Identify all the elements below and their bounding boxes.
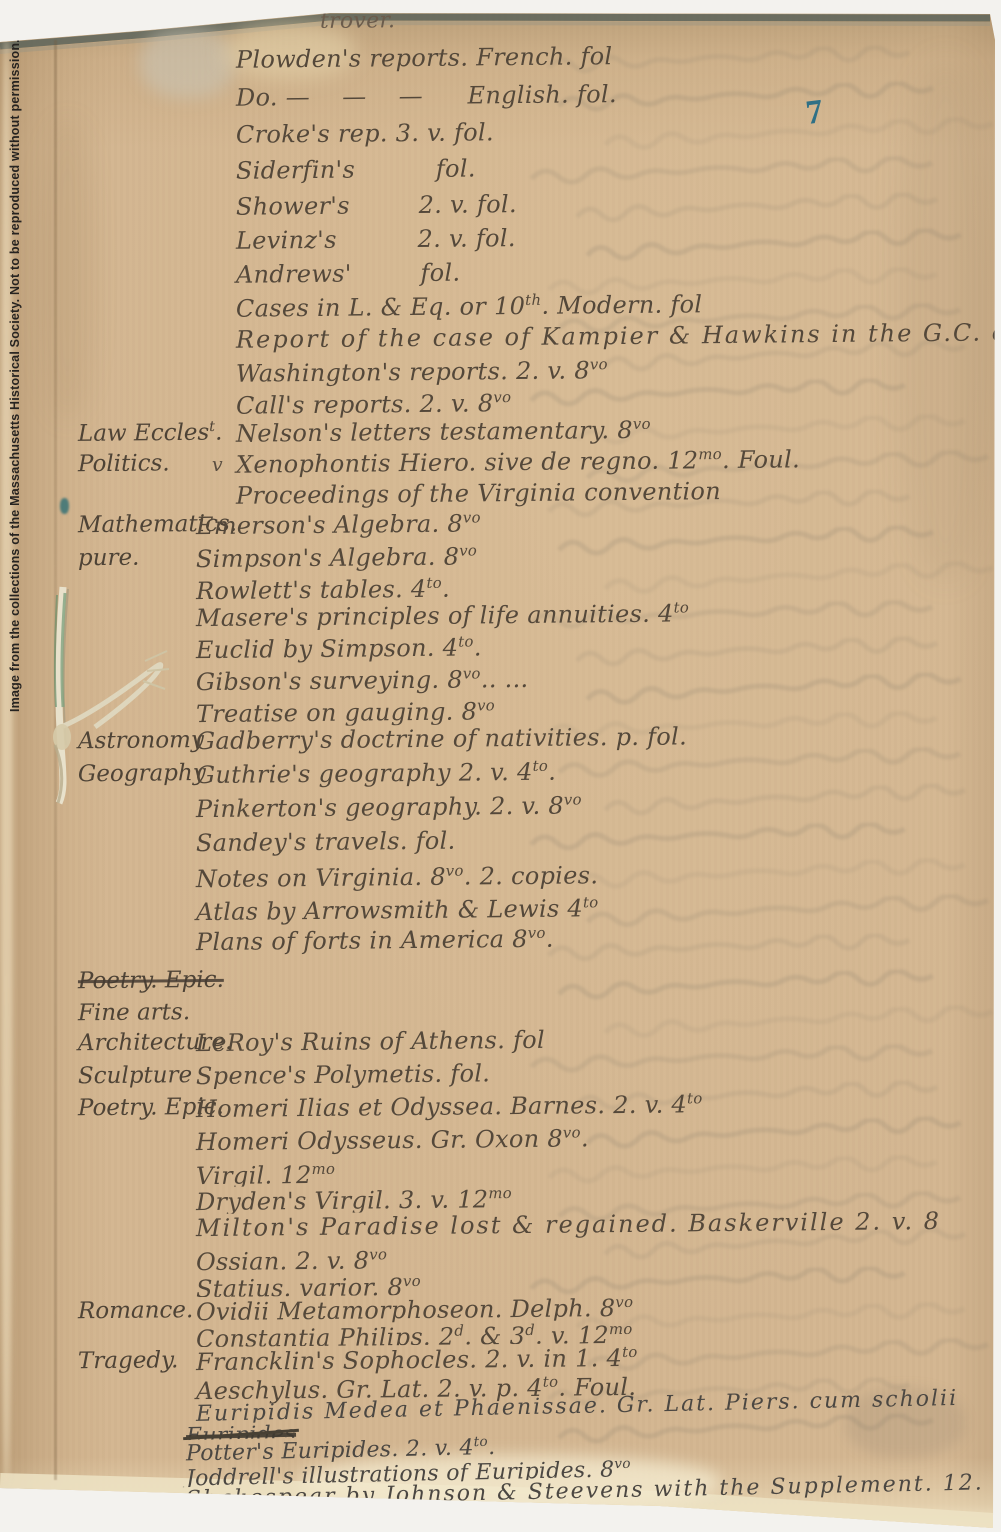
entry-text: Levinz's 2. v. fol. (236, 224, 516, 255)
entry-text: Homeri Ilias et Odyssea. Barnes. 2. v. 4… (196, 1089, 703, 1123)
entry-text: Spence's Polymetis. fol. (196, 1059, 490, 1090)
category-label: Fine arts. (78, 999, 236, 1027)
entry-text: Masere's principles of life annuities. 4… (196, 598, 689, 632)
entry-text: Notes on Virginia. 8vo. 2. copies. (196, 860, 599, 893)
entry-text: Milton's Paradise lost & regained. Baske… (196, 1207, 941, 1242)
checkmark: v (212, 454, 223, 476)
entry-text: Euclid by Simpson. 4to. (196, 632, 482, 664)
entry-text: Virgil. 12mo (196, 1160, 336, 1189)
entry-text: Croke's rep. 3. v. fol. (236, 118, 494, 148)
entry-text: Guthrie's geography 2. v. 4to. (196, 757, 556, 789)
entry-text: Simpson's Algebra. 8vo (196, 541, 477, 573)
entry-text: Nelson's letters testamentary. 8vo (236, 415, 651, 448)
entry-text: Washington's reports. 2. v. 8vo (236, 355, 608, 388)
category-label (78, 10, 236, 12)
entry-text: Homeri Odysseus. Gr. Oxon 8vo. (196, 1123, 589, 1156)
manuscript-page: Image from the collections of the Massac… (0, 0, 1001, 1532)
scanned-document: Image from the collections of the Massac… (0, 0, 1001, 1532)
entry-text: Siderfin's fol. (236, 154, 476, 184)
entry-text: Cases in L. & Eq. or 10th. Modern. fol (236, 289, 703, 322)
entry-text: Andrews' fol. (236, 259, 461, 289)
entry-text: Report of the case of Kampier & Hawkins … (236, 317, 1001, 353)
entry-text: Treatise on gauging. 8vo (196, 696, 495, 728)
entry-text: Call's reports. 2. v. 8vo (236, 388, 512, 420)
entry-text: trover. (320, 8, 395, 34)
entry-text: Shower's 2. v. fol. (236, 190, 517, 221)
entry-text: Xenophontis Hiero. sive de regno. 12mo. … (236, 444, 800, 478)
category-label: Law Ecclest. (78, 419, 236, 447)
entry-text: Francklin's Sophocles. 2. v. in 1. 4to (196, 1343, 638, 1376)
catalog-lines: trover.Plowden's reports. French. folDo.… (0, 12, 1001, 1521)
entry-text: Sandey's travels. fol. (196, 827, 456, 857)
category-label: Poetry. Epic. (78, 967, 236, 995)
entry-text: Gadberry's doctrine of nativities. p. fo… (196, 722, 687, 755)
entry-text: Ossian. 2. v. 8vo (196, 1245, 388, 1276)
entry-text: Emerson's Algebra. 8vo (196, 508, 481, 540)
entry-text: Plowden's reports. French. fol (236, 42, 613, 74)
entry-text: Atlas by Arrowsmith & Lewis 4to (196, 893, 599, 926)
entry-text: Plans of forts in America 8vo. (196, 924, 554, 956)
entry-text: Gibson's surveying. 8vo.. ... (196, 664, 529, 696)
entry-text: LeRoy's Ruins of Athens. fol (196, 1026, 545, 1057)
entry-text: Do. — — — English. fol. (236, 80, 617, 112)
entry-text: Pinkerton's geography. 2. v. 8vo (196, 790, 582, 823)
entry-text: Proceedings of the Virginia convention (236, 477, 721, 510)
